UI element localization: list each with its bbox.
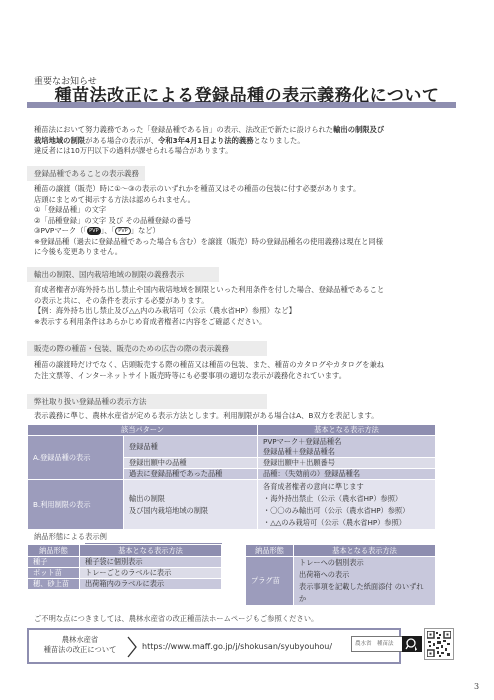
table-row: プラグ苗 トレーへの個別表示 出荷箱への表示 表示事項を記載した紙面添付 のいず… bbox=[246, 557, 436, 606]
section-heading-sales: 販売の際の種苗・包装、販売のための広告の際の表示義務 bbox=[27, 341, 267, 356]
body-line: た注文票等、インターネットサイト販売時等にも必要事項の適切な表示が義務化されてい… bbox=[34, 371, 474, 382]
header-form: 納品形態 bbox=[28, 545, 80, 557]
intro-emphasis: 栽培地域の制限 bbox=[34, 136, 85, 145]
category-a: A.登録品種の表示 bbox=[28, 436, 124, 480]
intro-text: 種苗法において努力義務であった「登録品種である旨」の表示、法改正で新たに設けられ… bbox=[34, 125, 474, 157]
method-cell: トレーごとのラベルに表示 bbox=[80, 568, 222, 579]
method-line: PVPマーク＋登録品種名 bbox=[263, 437, 430, 447]
method-line: 各育成者権者の意向に準じます bbox=[263, 481, 430, 493]
table-row: 種子 種子袋に個別表示 bbox=[28, 557, 222, 568]
pattern-line: 輸出の制限 bbox=[129, 493, 252, 505]
example-table-left: 納品形態 基本となる表示方法 種子 種子袋に個別表示 ポット苗 トレーごとのラベ… bbox=[27, 544, 222, 590]
section-heading-company-method: 弊社取り扱い登録品種の表示方法 bbox=[27, 394, 267, 409]
intro-line: 違反者には10万円以下の過料が課せられる場合があります。 bbox=[34, 146, 474, 157]
page-number: 3 bbox=[474, 682, 479, 691]
note-line: ※登録品種（過去に登録品種であった場合も含む）を譲渡（販売）時の登録品種名の使用… bbox=[34, 237, 474, 248]
header-method: 基本となる表示方法 bbox=[294, 545, 436, 557]
search-terms-box: 農水省 種苗法 bbox=[351, 636, 403, 652]
form-cell: プラグ苗 bbox=[246, 557, 294, 606]
method-line: 表示事項を記載した紙面添付 のいずれか bbox=[299, 581, 430, 605]
category-b: B.利用制限の表示 bbox=[28, 480, 124, 530]
section-body-company-method: 表示義務に準じ、農林水産省が定める表示方法とします。利用制限がある場合はA、B双… bbox=[34, 411, 474, 422]
form-cell: 種子 bbox=[28, 557, 80, 568]
pattern-cell: 過去に登録品種であった品種 bbox=[124, 469, 258, 480]
body-line: ※表示する利用条件はあらかじめ育成者権者に内容をご確認ください。 bbox=[34, 317, 474, 328]
method-cell: 品種：（失効前の）登録品種名 bbox=[258, 469, 436, 480]
qr-code-icon bbox=[424, 628, 454, 660]
method-cell: 登録出願中＋出願番号 bbox=[258, 458, 436, 469]
body-line: の表示と共に、その条件を表示する必要があります。 bbox=[34, 296, 474, 307]
qr-code-pattern bbox=[427, 631, 451, 657]
form-cell: ポット苗 bbox=[28, 568, 80, 579]
pvp-mark-filled-icon: PVP bbox=[87, 227, 100, 235]
pvp-line: ③PVPマーク（「PVP」、「PVP」など） bbox=[34, 226, 474, 237]
body-line: 【例：海外持ち出し禁止及び△△内のみ栽培可（公示（農水省HP）参照）など】 bbox=[34, 306, 474, 317]
search-button bbox=[402, 636, 422, 652]
method-cell: PVPマーク＋登録品種名 登録品種＋登録品種名 bbox=[258, 436, 436, 458]
chevron-right-icon bbox=[126, 636, 138, 658]
intro-emphasis: 令和3年4月1日より法的義務 bbox=[158, 136, 254, 145]
header-pattern: 該当パターン bbox=[28, 425, 258, 436]
intro-line: となりました。 bbox=[254, 136, 305, 145]
method-cell: 各育成者権者の意向に準じます ・海外持出禁止（公示（農水省HP）参照） ・〇〇の… bbox=[258, 480, 436, 530]
table-row: ポット苗 トレーごとのラベルに表示 bbox=[28, 568, 222, 579]
display-method-table: 該当パターン 基本となる表示方法 A.登録品種の表示 登録品種 PVPマーク＋登… bbox=[27, 424, 436, 530]
method-cell: トレーへの個別表示 出荷箱への表示 表示事項を記載した紙面添付 のいずれか bbox=[294, 557, 436, 606]
method-cell: 出荷箱内のラベルに表示 bbox=[80, 579, 222, 590]
org-name: 農林水産省 種苗法の改正について bbox=[32, 635, 128, 655]
pvp-text: 」など） bbox=[131, 226, 160, 235]
method-line: ・△△のみ栽培可（公示（農水省HP）参照） bbox=[263, 517, 430, 529]
section-body-registration: 種苗の譲渡（販売）時に①～③の表示のいずれかを種苗又はその種苗の包装に付す必要が… bbox=[34, 184, 474, 258]
method-line: ・海外持出禁止（公示（農水省HP）参照） bbox=[263, 493, 430, 505]
section-body-restriction: 育成者権者が海外持ち出し禁止や国内栽培地域を制限といった利用条件を付した場合、登… bbox=[34, 285, 474, 327]
header-method: 基本となる表示方法 bbox=[258, 425, 436, 436]
header-form: 納品形態 bbox=[246, 545, 294, 557]
title-underline bbox=[27, 102, 456, 108]
pattern-cell: 登録出願中の品種 bbox=[124, 458, 258, 469]
body-line: ①「登録品種」の文字 bbox=[34, 205, 474, 216]
org-line: 種苗法の改正について bbox=[32, 645, 128, 655]
body-line: ②「品種登録」の文字 及び その品種登録の番号 bbox=[34, 216, 474, 227]
examples-label: 納品形態による表示例 bbox=[34, 532, 107, 542]
magnifier-icon bbox=[402, 636, 422, 652]
maff-link-box[interactable]: 農林水産省 種苗法の改正について https://www.maff.go.jp/… bbox=[27, 628, 401, 664]
method-cell: 種子袋に個別表示 bbox=[80, 557, 222, 568]
intro-line: 種苗法において努力義務であった「登録品種である旨」の表示、法改正で新たに設けられ… bbox=[34, 125, 333, 134]
pvp-mark-outline-icon: PVP bbox=[115, 227, 130, 235]
section-heading-registration: 登録品種であることの表示義務 bbox=[27, 166, 145, 181]
pvp-text: 」、「 bbox=[101, 226, 116, 235]
body-line: 種苗の譲渡時だけでなく、店頭販売する際の種苗又は種苗の包装、また、種苗のカタログ… bbox=[34, 360, 474, 371]
pattern-cell: 輸出の制限 及び国内栽培地域の制限 bbox=[124, 480, 258, 530]
form-cell: 穂、砂上苗 bbox=[28, 579, 80, 590]
method-line: 登録品種＋登録品種名 bbox=[263, 447, 430, 457]
body-line: 育成者権者が海外持ち出し禁止や国内栽培地域を制限といった利用条件を付した場合、登… bbox=[34, 285, 474, 296]
table-header-row: 納品形態 基本となる表示方法 bbox=[28, 545, 222, 557]
table-header-row: 該当パターン 基本となる表示方法 bbox=[28, 425, 436, 436]
pvp-text: ③PVPマーク（「 bbox=[34, 226, 87, 235]
method-line: ・〇〇のみ輸出可（公示（農水省HP）参照） bbox=[263, 505, 430, 517]
method-line: トレーへの個別表示 bbox=[299, 557, 430, 569]
example-table-right: 納品形態 基本となる表示方法 プラグ苗 トレーへの個別表示 出荷箱への表示 表示… bbox=[245, 544, 436, 606]
table-row: A.登録品種の表示 登録品種 PVPマーク＋登録品種名 登録品種＋登録品種名 bbox=[28, 436, 436, 458]
section-heading-restriction: 輸出の制限、国内栽培地域の制限の義務表示 bbox=[27, 267, 219, 282]
body-line: 種苗の譲渡（販売）時に①～③の表示のいずれかを種苗又はその種苗の包装に付す必要が… bbox=[34, 184, 474, 195]
intro-line: がある場合の表示が、 bbox=[85, 136, 158, 145]
body-line: 店頭にまとめて掲示する方法は認められません。 bbox=[34, 195, 474, 206]
table-row: B.利用制限の表示 輸出の制限 及び国内栽培地域の制限 各育成者権者の意向に準じ… bbox=[28, 480, 436, 530]
pattern-line: 及び国内栽培地域の制限 bbox=[129, 505, 252, 517]
body-line: 表示義務に準じ、農林水産省が定める表示方法とします。利用制限がある場合はA、B双… bbox=[34, 411, 474, 422]
url-link[interactable]: https://www.maff.go.jp/j/shokusan/syubyo… bbox=[142, 642, 332, 651]
table-row: 穂、砂上苗 出荷箱内のラベルに表示 bbox=[28, 579, 222, 590]
section-body-sales: 種苗の譲渡時だけでなく、店頭販売する際の種苗又は種苗の包装、また、種苗のカタログ… bbox=[34, 360, 474, 381]
contact-text: ご不明な点につきましては、農林水産省の改正種苗法ホームページもご参照ください。 bbox=[34, 614, 318, 624]
header-method: 基本となる表示方法 bbox=[80, 545, 222, 557]
intro-emphasis: 輸出の制限及び bbox=[333, 125, 384, 134]
method-line: 出荷箱への表示 bbox=[299, 569, 430, 581]
pattern-cell: 登録品種 bbox=[124, 436, 258, 458]
note-line: に今後も変更ありません。 bbox=[34, 247, 474, 258]
org-line: 農林水産省 bbox=[32, 635, 128, 645]
table-header-row: 納品形態 基本となる表示方法 bbox=[246, 545, 436, 557]
